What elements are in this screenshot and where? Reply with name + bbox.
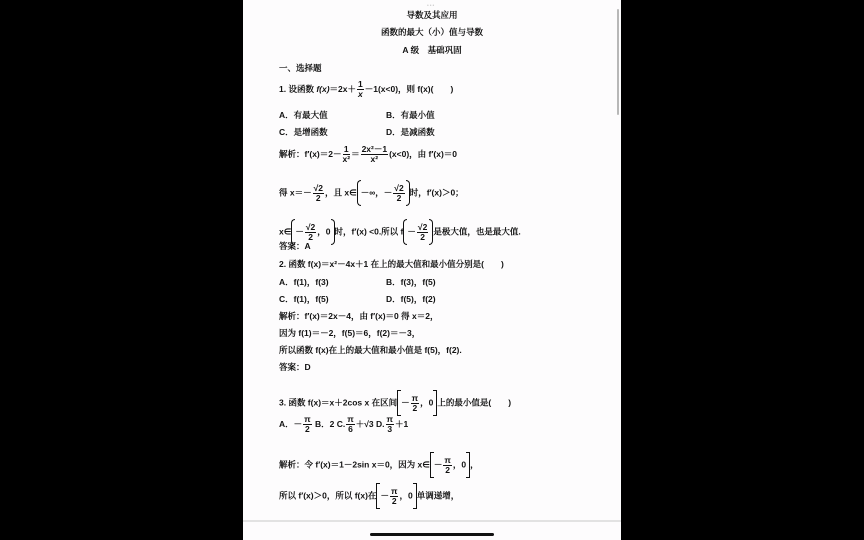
- top-dots-indicator: •••: [427, 3, 435, 9]
- text: 上的最小值是( ): [437, 397, 511, 407]
- fraction: π2: [390, 487, 399, 506]
- home-indicator[interactable]: [370, 533, 494, 536]
- q2-option-d: D．f(5)，f(2): [386, 294, 436, 304]
- frac-den: x: [357, 90, 364, 99]
- q2-solution-line1: 解析：f′(x)＝2x－4，由 f′(x)＝0 得 x＝2，: [279, 311, 438, 321]
- text: A．－: [279, 419, 302, 429]
- frac-den: 6: [346, 425, 355, 434]
- frac-den: 2: [443, 466, 452, 475]
- vertical-scrollbar[interactable]: [617, 9, 619, 115]
- text: ＋1: [395, 419, 408, 429]
- doc-level: A 级 基础巩固: [243, 45, 621, 55]
- q2-option-b: B．f(3)，f(5): [386, 277, 436, 287]
- text: 时，f′(x) <0.所以 f: [335, 226, 404, 236]
- text: －: [295, 226, 304, 236]
- q1-option-a: A．有最大值: [279, 110, 328, 120]
- q2-option-c: C．f(1)，f(5): [279, 294, 329, 304]
- frac-den: 2: [417, 233, 428, 242]
- text: ，0: [453, 459, 466, 469]
- q3-solution-line2: 所以 f′(x)＞0，所以 f(x)在－π2，0单调递增，: [279, 483, 459, 509]
- frac-den: x²: [343, 155, 351, 164]
- frac-den: x²: [361, 155, 389, 164]
- q1-stem-tail: －1(x<0)，则 f(x)( ): [365, 84, 454, 94]
- fraction: π2: [443, 456, 452, 475]
- frac-num: π: [443, 456, 452, 466]
- q2-solution-line3: 所以函数 f(x)在上的最大值和最小值是 f(5)，f(2).: [279, 345, 462, 355]
- text: ，且 x∈: [325, 187, 357, 197]
- q2-stem: 2. 函数 f(x)＝x²－4x＋1 在上的最大值和最小值分别是( ): [279, 259, 504, 269]
- text: －∞，－: [361, 187, 393, 197]
- fraction: π2: [411, 394, 420, 413]
- q2-option-a: A．f(1)，f(3): [279, 277, 329, 287]
- page-divider: [243, 520, 621, 522]
- text: 单调递增，: [417, 490, 460, 500]
- q2-answer: 答案：D: [279, 362, 311, 372]
- frac-den: 2: [393, 194, 404, 203]
- fraction: √22: [305, 223, 316, 242]
- text: ，0: [317, 226, 330, 236]
- q1-stem-mid: ＝2x＋: [330, 84, 356, 94]
- text: 所以 f′(x)＞0，所以 f(x)在: [279, 490, 376, 500]
- frac-num: π: [411, 394, 420, 404]
- frac-den: 2: [303, 425, 312, 434]
- frac-den: 3: [386, 425, 395, 434]
- text: －: [380, 490, 389, 500]
- frac-den: 2: [390, 497, 399, 506]
- q1-option-c: C．是增函数: [279, 127, 328, 137]
- fraction: √22: [393, 184, 404, 203]
- q2-solution-line2: 因为 f(1)＝－2，f(5)＝6，f(2)＝－3，: [279, 328, 420, 338]
- text: B．2 C.: [313, 419, 346, 429]
- fraction: 1x²: [343, 145, 351, 164]
- q1-answer: 答案：A: [279, 241, 311, 251]
- q3-solution-line1: 解析：令 f′(x)＝1－2sin x＝0，因为 x∈－π2，0，: [279, 452, 479, 478]
- doc-subtitle: 函数的最大（小）值与导数: [243, 27, 621, 37]
- text: －: [401, 397, 410, 407]
- q1-fx: f(x): [316, 84, 329, 94]
- q3-stem: 3. 函数 f(x)＝x＋2cos x 在区间－π2，0上的最小值是( ): [279, 390, 511, 416]
- frac-num: π: [390, 487, 399, 497]
- text: 3. 函数 f(x)＝x＋2cos x 在区间: [279, 397, 397, 407]
- q1-stem: 1. 设函数 f(x)＝2x＋1x－1(x<0)，则 f(x)( ): [279, 80, 453, 99]
- frac-den: 2: [313, 194, 324, 203]
- q1-stem-prefix: 1. 设函数: [279, 84, 316, 94]
- text: ＝: [351, 149, 360, 159]
- frac-den: 2: [411, 404, 420, 413]
- q3-options: A．－π2 B．2 C.π6＋√3 D.π3＋1: [279, 415, 408, 434]
- text: 得 x＝－: [279, 187, 312, 197]
- q1-solution-line2: 得 x＝－√22，且 x∈－∞，－√22时，f′(x)＞0；: [279, 180, 464, 206]
- q1-solution-line1: 解析：f′(x)＝2－1x²＝2x²－1x²(x<0)，由 f′(x)＝0: [279, 145, 457, 164]
- fraction: √22: [313, 184, 324, 203]
- doc-title: 导数及其应用: [243, 10, 621, 20]
- frac-num: √2: [417, 223, 428, 233]
- fraction: 2x²－1x²: [361, 145, 389, 164]
- text: ，0: [399, 490, 412, 500]
- q1-solution-line3: x∈－√22，0时，f′(x) <0.所以 f－√22是极大值，也是最大值.: [279, 219, 521, 245]
- text: 时，f′(x)＞0；: [410, 187, 464, 197]
- text: 解析：令 f′(x)＝1－2sin x＝0，因为 x∈: [279, 459, 430, 469]
- fraction: √22: [417, 223, 428, 242]
- text: ，: [470, 459, 479, 469]
- text: －: [407, 226, 416, 236]
- q1-fraction: 1x: [357, 80, 364, 99]
- q1-option-d: D．是减函数: [386, 127, 435, 137]
- frac-num: √2: [313, 184, 324, 194]
- text: (x<0)，由 f′(x)＝0: [389, 149, 457, 159]
- text: ，0: [420, 397, 433, 407]
- text: 是极大值，也是最大值.: [433, 226, 520, 236]
- fraction: π3: [386, 415, 395, 434]
- frac-num: √2: [305, 223, 316, 233]
- text: ＋√3 D.: [356, 419, 385, 429]
- text: x∈: [279, 226, 291, 236]
- fraction: π2: [303, 415, 312, 434]
- q1-option-b: B．有最小值: [386, 110, 435, 120]
- text: －: [434, 459, 443, 469]
- frac-num: √2: [393, 184, 404, 194]
- section-heading: 一、选择题: [279, 63, 322, 73]
- text: 解析：f′(x)＝2－: [279, 149, 342, 159]
- fraction: π6: [346, 415, 355, 434]
